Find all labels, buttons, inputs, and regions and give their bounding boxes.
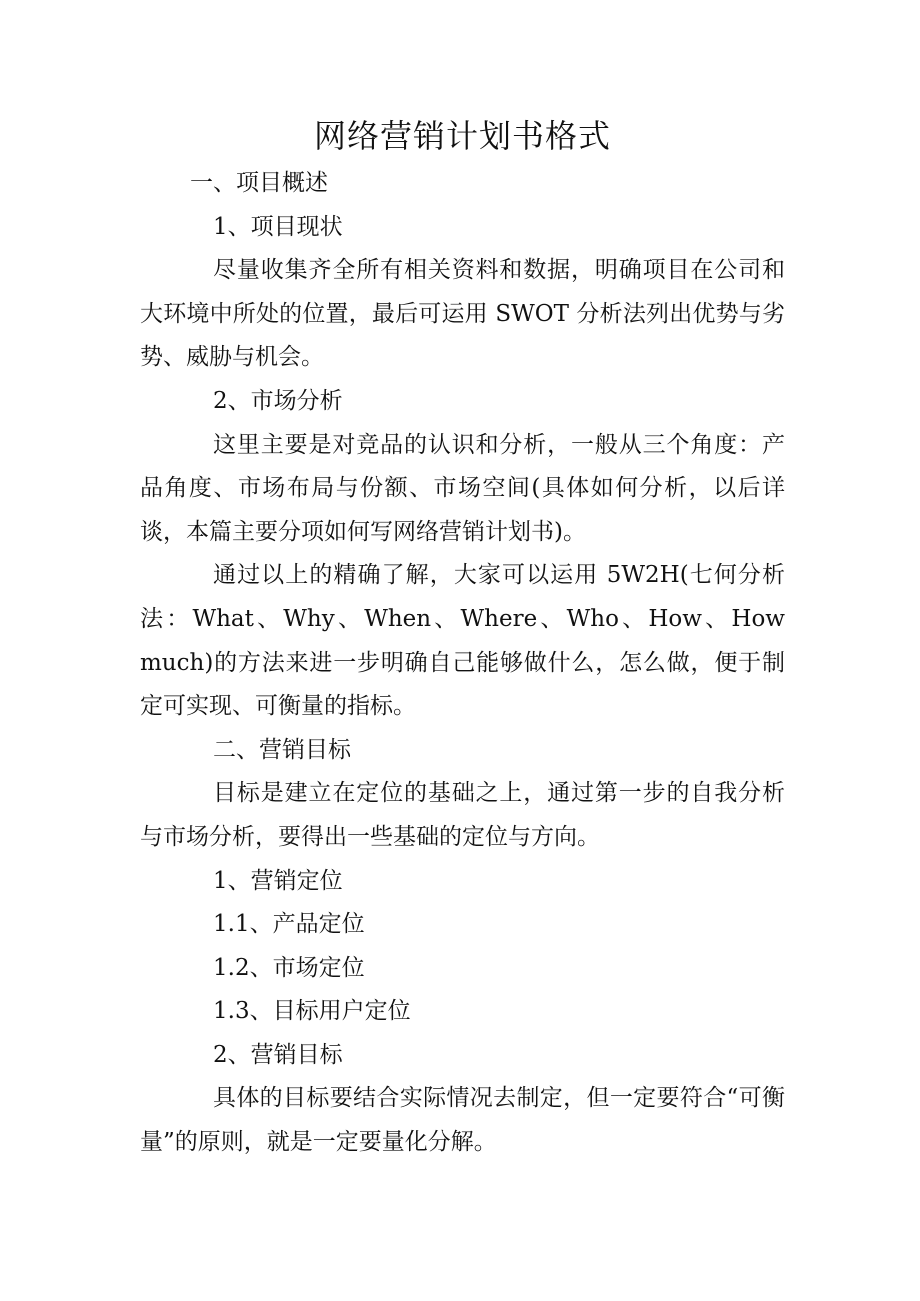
document-title: 网络营销计划书格式 [140,112,785,160]
body-paragraph: 尽量收集齐全所有相关资料和数据，明确项目在公司和大环境中所处的位置，最后可运用 … [140,249,785,380]
subsection-heading: 2、市场分析 [140,380,785,424]
document-page: 网络营销计划书格式 一、项目概述 1、项目现状 尽量收集齐全所有相关资料和数据，… [140,112,785,1165]
body-paragraph: 目标是建立在定位的基础之上，通过第一步的自我分析与市场分析，要得出一些基础的定位… [140,772,785,859]
body-paragraph: 具体的目标要结合实际情况去制定，但一定要符合“可衡量”的原则，就是一定要量化分解… [140,1077,785,1164]
subsection-heading: 1、项目现状 [140,206,785,250]
section-heading: 一、项目概述 [140,162,785,206]
subsection-heading: 1.2、市场定位 [140,947,785,991]
subsection-heading: 2、营销目标 [140,1034,785,1078]
body-paragraph: 这里主要是对竞品的认识和分析，一般从三个角度：产品角度、市场布局与份额、市场空间… [140,424,785,555]
subsection-heading: 1.3、目标用户定位 [140,990,785,1034]
body-paragraph: 通过以上的精确了解，大家可以运用 5W2H(七何分析法：What、Why、Whe… [140,554,785,728]
subsection-heading: 1、营销定位 [140,860,785,904]
subsection-heading: 1.1、产品定位 [140,903,785,947]
section-heading: 二、营销目标 [140,729,785,773]
